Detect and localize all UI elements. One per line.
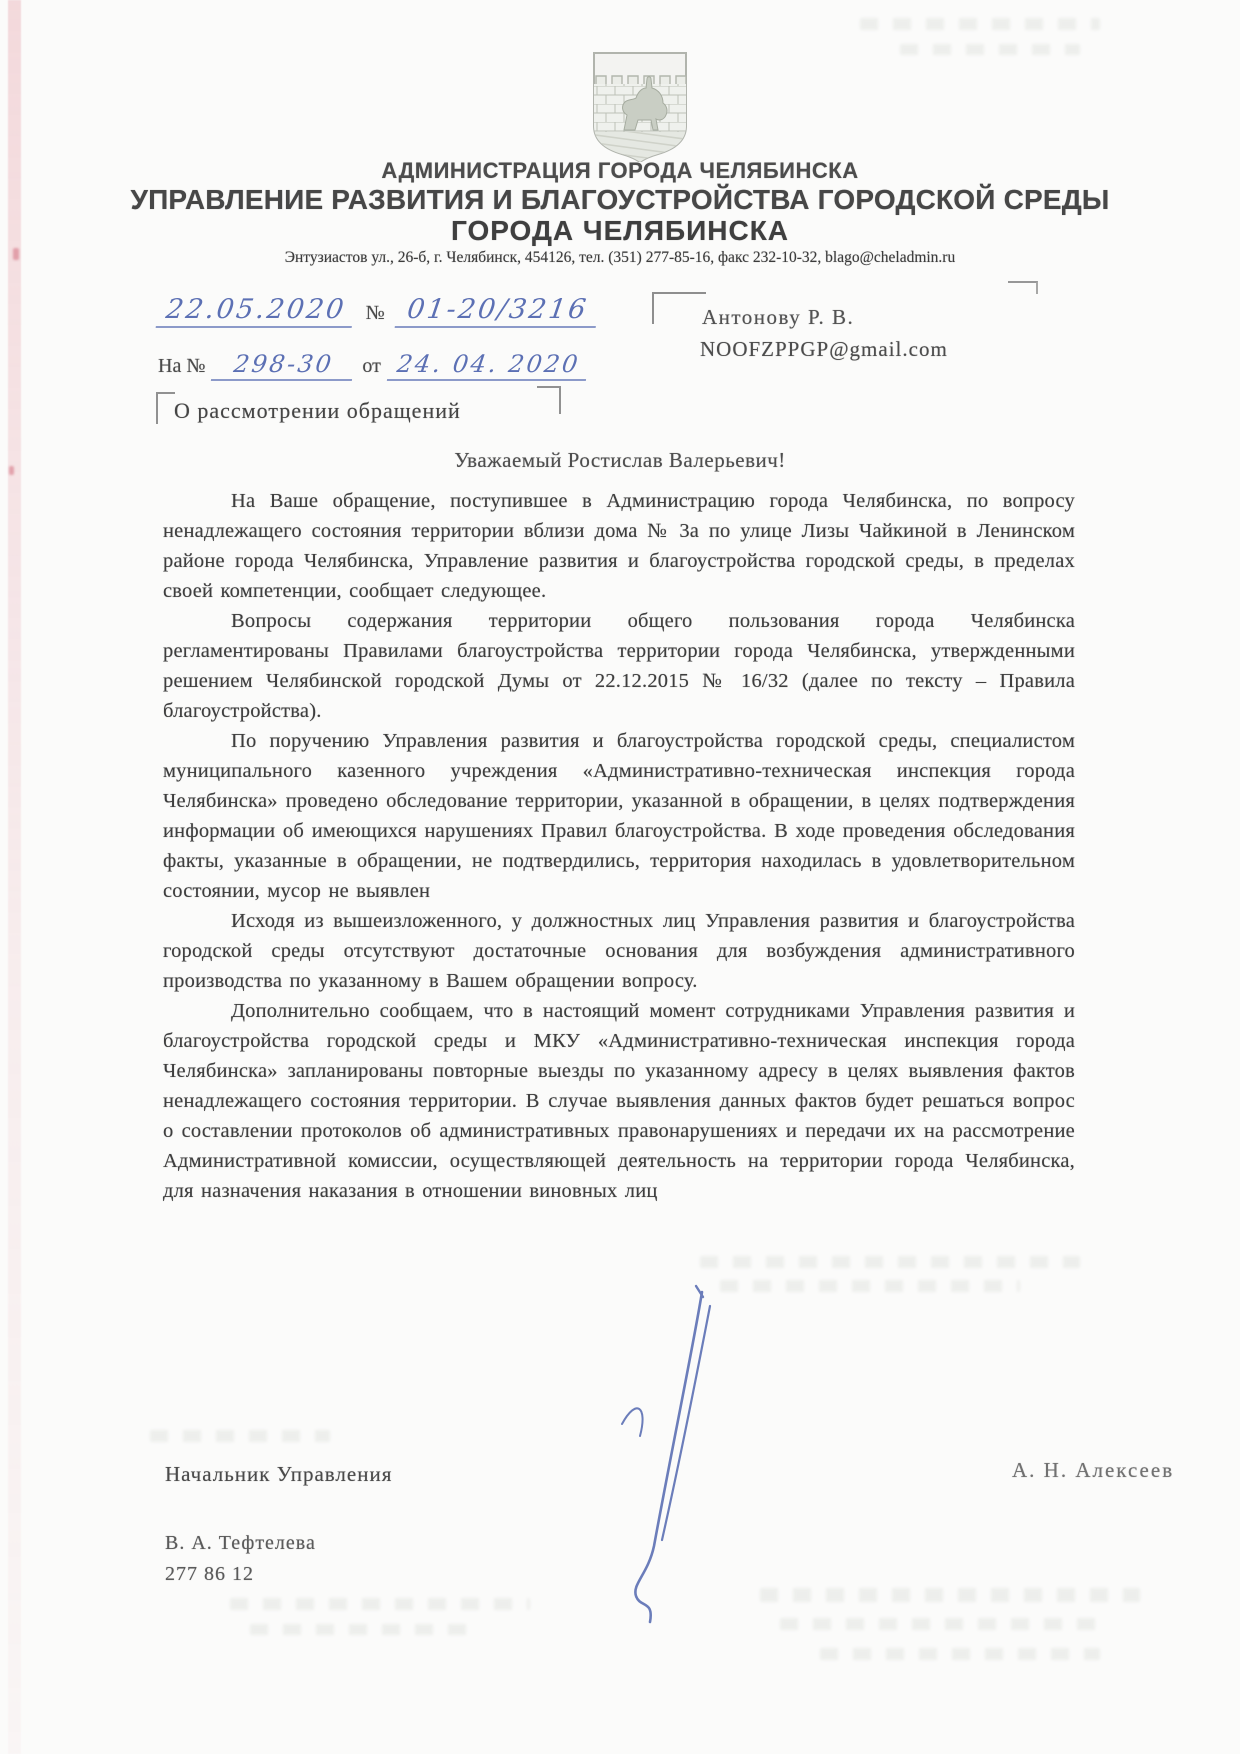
body-paragraph: Вопросы содержания территории общего пол… <box>163 606 1075 726</box>
recipient-name: Антонову Р. В. <box>702 305 854 330</box>
letterhead-org-line3: ГОРОДА ЧЕЛЯБИНСКА <box>0 215 1240 247</box>
signer-position: Начальник Управления <box>165 1462 392 1487</box>
reply-reference-line: На № 298-30 от 24. 04. 2020 <box>158 350 588 381</box>
letter-body: На Ваше обращение, поступившее в Админис… <box>163 486 1075 1206</box>
recipient-email: NOOFZPPGP@gmail.com <box>700 337 948 362</box>
coat-of-arms-emblem <box>588 50 692 162</box>
bleedthrough-artifact <box>780 1618 1110 1630</box>
bleedthrough-artifact <box>150 1430 330 1442</box>
bleedthrough-artifact <box>900 44 1080 55</box>
outgoing-number-handwritten: 01-20/3216 <box>394 294 600 328</box>
page-corner-mark <box>1008 281 1038 294</box>
salutation: Уважаемый Ростислав Валерьевич! <box>0 448 1240 473</box>
bleedthrough-artifact <box>760 1588 1140 1602</box>
reply-prefix-label: На № <box>158 355 205 381</box>
bleedthrough-artifact <box>820 1648 1100 1660</box>
letterhead-contact-line: Энтузиастов ул., 26-б, г. Челябинск, 454… <box>0 249 1240 267</box>
number-sign: № <box>366 302 385 328</box>
reply-date-handwritten: 24. 04. 2020 <box>387 350 590 381</box>
body-paragraph: На Ваше обращение, поступившее в Админис… <box>163 486 1075 606</box>
subject-corner-mark-left <box>156 392 175 424</box>
letterhead-org-line1: АДМИНИСТРАЦИЯ ГОРОДА ЧЕЛЯБИНСКА <box>0 158 1240 184</box>
bleedthrough-artifact <box>700 1256 1080 1268</box>
scanned-letter-page: АДМИНИСТРАЦИЯ ГОРОДА ЧЕЛЯБИНСКА УПРАВЛЕН… <box>0 0 1240 1754</box>
signer-name: А. Н. Алексеев <box>1012 1458 1174 1483</box>
executor-phone: 277 86 12 <box>165 1563 254 1586</box>
bleedthrough-artifact <box>230 1598 530 1610</box>
reply-from-label: от <box>362 355 380 381</box>
body-paragraph: По поручению Управления развития и благо… <box>163 726 1075 906</box>
recipient-corner-mark <box>652 292 706 324</box>
subject-corner-mark-right <box>537 386 561 414</box>
executor-name: В. А. Тефтелева <box>165 1532 316 1555</box>
bleedthrough-artifact <box>720 1280 1020 1292</box>
pen-signature <box>596 1278 736 1628</box>
bleedthrough-artifact <box>250 1624 470 1635</box>
body-paragraph: Исходя из вышеизложенного, у должностных… <box>163 906 1075 996</box>
subject-line: О рассмотрении обращений <box>174 398 461 424</box>
letterhead-org-line2: УПРАВЛЕНИЕ РАЗВИТИЯ И БЛАГОУСТРОЙСТВА ГО… <box>0 184 1240 216</box>
outgoing-date-handwritten: 22.05.2020 <box>156 294 356 328</box>
outgoing-reference-line: 22.05.2020 № 01-20/3216 <box>158 294 598 328</box>
bleedthrough-artifact <box>860 18 1100 30</box>
reply-number-handwritten: 298-30 <box>211 350 356 381</box>
body-paragraph: Дополнительно сообщаем, что в настоящий … <box>163 996 1075 1206</box>
